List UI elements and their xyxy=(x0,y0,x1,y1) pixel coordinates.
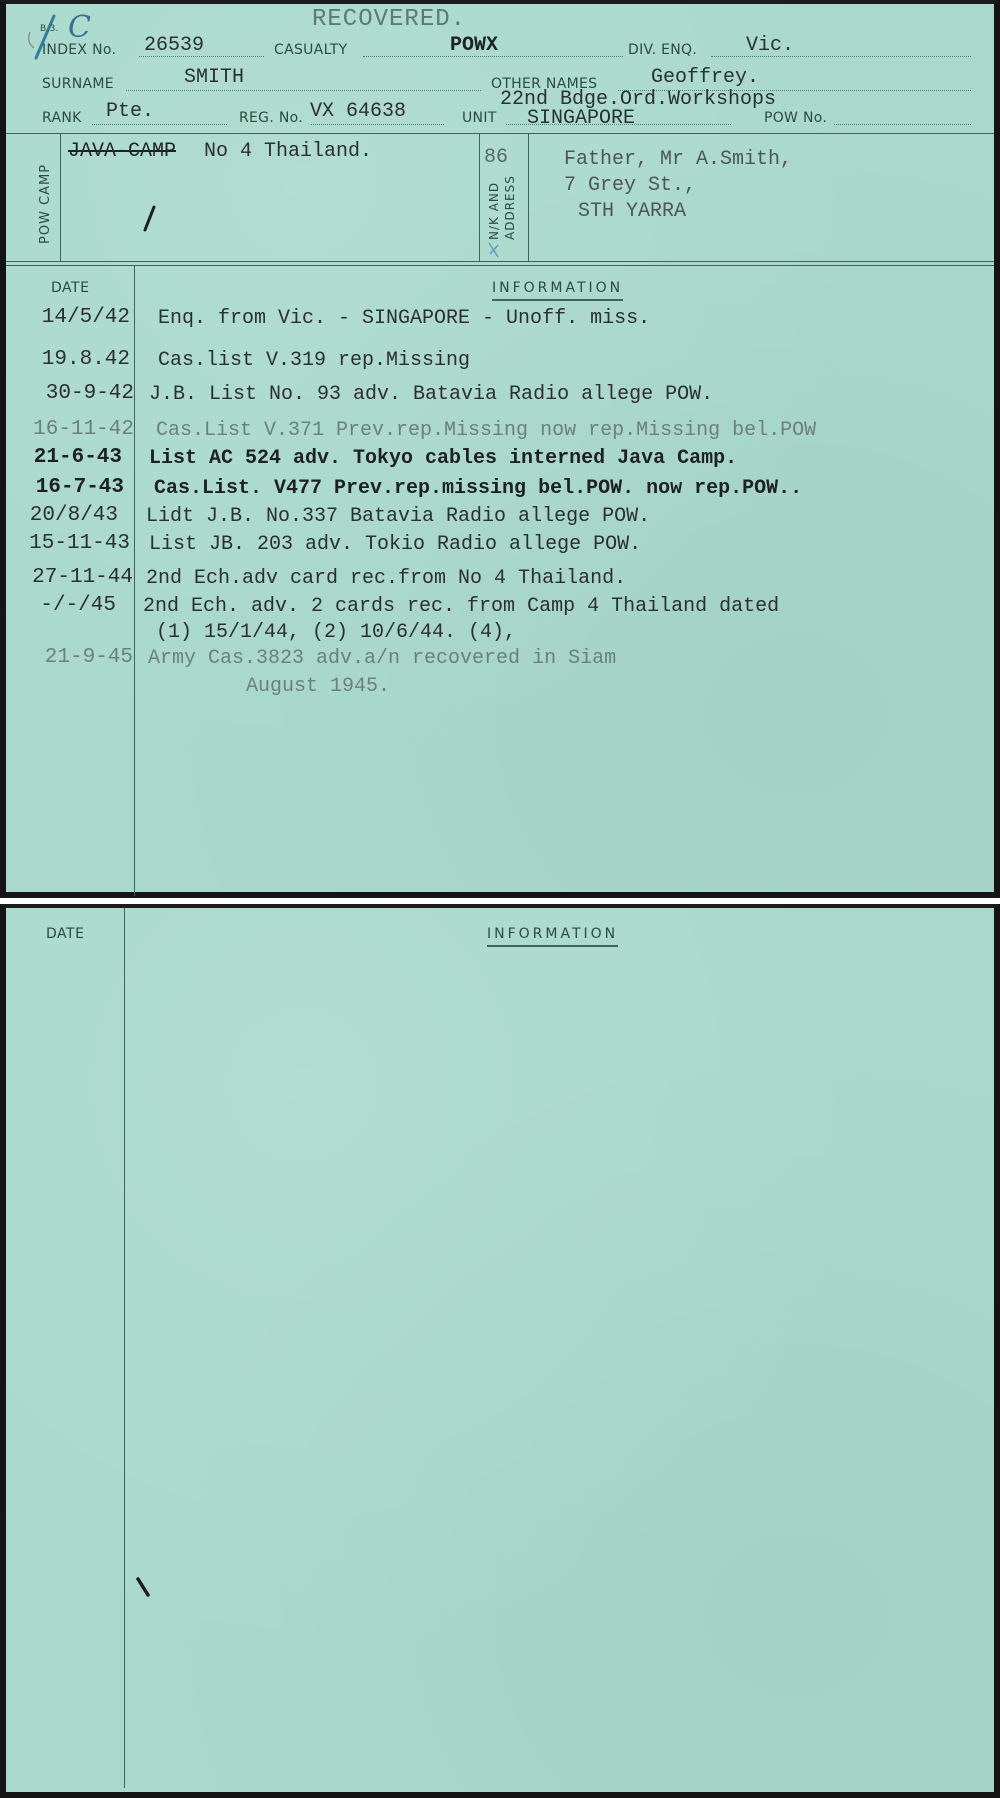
entry-date: 16-11-42 xyxy=(6,418,134,441)
entry-date: 14/5/42 xyxy=(6,306,130,329)
pen-cross-mark xyxy=(486,240,502,260)
index-no-label: INDEX No. xyxy=(42,42,116,58)
information-header: INFORMATION xyxy=(492,280,623,301)
pen-tick-mark xyxy=(134,1575,154,1603)
entry-date: -/-/45 xyxy=(6,594,116,617)
other-names-value: Geoffrey. xyxy=(651,66,759,89)
entry-information: Cas.List V.371 Prev.rep.Missing now rep.… xyxy=(156,419,816,442)
surname-label: SURNAME xyxy=(42,76,114,92)
div-enq-value: Vic. xyxy=(746,34,794,57)
entry-information: List JB. 203 adv. Tokio Radio allege POW… xyxy=(149,533,641,556)
date-header: DATE xyxy=(51,280,89,296)
entry-information: Enq. from Vic. - SINGAPORE - Unoff. miss… xyxy=(158,307,650,330)
entry-date: 16-7-43 xyxy=(6,476,124,499)
entry-date: 19.8.42 xyxy=(6,348,130,371)
rank-value: Pte. xyxy=(106,100,154,123)
back-information-header: INFORMATION xyxy=(487,926,618,947)
entry-information: List AC 524 adv. Tokyo cables interned J… xyxy=(149,447,737,470)
pow-no-label: POW No. xyxy=(764,110,827,126)
entry-information: Lidt J.B. No.337 Batavia Radio allege PO… xyxy=(146,505,650,528)
reg-no-label: REG. No. xyxy=(239,110,303,126)
nk-and-label: N/K AND xyxy=(487,182,501,240)
rank-label: RANK xyxy=(42,110,82,126)
pow-camp-struck-text: JAVA-CAMP xyxy=(68,140,176,163)
handwritten-c-mark: C xyxy=(68,10,91,45)
div-enq-label: DIV. ENQ. xyxy=(628,42,697,58)
entry-information: Army Cas.3823 adv.a/n recovered in Siam xyxy=(148,647,616,670)
form-code: B.3. xyxy=(40,24,59,34)
record-card-front: B.3. C RECOVERED. INDEX No. 26539 CASUAL… xyxy=(0,0,1000,898)
recovered-stamp: RECOVERED. xyxy=(312,6,466,33)
casualty-value: POWX xyxy=(450,34,498,57)
address-label: ADDRESS xyxy=(503,175,517,240)
entry-information: J.B. List No. 93 adv. Batavia Radio alle… xyxy=(149,383,713,406)
entry-date: 15-11-43 xyxy=(6,532,130,555)
pow-camp-label: POW CAMP xyxy=(38,164,53,244)
address-line: STH YARRA xyxy=(578,200,686,223)
entry-information: Cas.list V.319 rep.Missing xyxy=(158,349,470,372)
entry-information: 2nd Ech. adv. 2 cards rec. from Camp 4 T… xyxy=(143,595,779,618)
entry-information: 2nd Ech.adv card rec.from No 4 Thailand. xyxy=(146,567,626,590)
surname-value: SMITH xyxy=(184,66,244,89)
back-date-header: DATE xyxy=(46,926,84,942)
address-line: Father, Mr A.Smith, xyxy=(564,148,792,171)
entry-date: 21-6-43 xyxy=(6,446,122,469)
unit-line2-value: SINGAPORE xyxy=(527,107,635,130)
pow-camp-value: No 4 Thailand. xyxy=(204,140,372,163)
entry-date: 21-9-45 xyxy=(6,646,133,669)
casualty-label: CASUALTY xyxy=(274,42,347,58)
unit-label: UNIT xyxy=(462,110,497,126)
reg-no-value: VX 64638 xyxy=(310,100,406,123)
nk-number: 86 xyxy=(484,146,508,169)
pen-tick-mark xyxy=(140,204,160,234)
pow-camp-struck-value: JAVA-CAMP xyxy=(68,140,176,163)
record-card-back: DATE INFORMATION xyxy=(0,904,1000,1798)
entry-information: (1) 15/1/44, (2) 10/6/44. (4), xyxy=(156,621,516,644)
address-line: 7 Grey St., xyxy=(564,174,696,197)
entry-date: 20/8/43 xyxy=(6,504,118,527)
entry-information: August 1945. xyxy=(246,675,390,698)
entry-date: 27-11-44 xyxy=(6,566,133,589)
index-no-value: 26539 xyxy=(144,34,204,57)
entry-date: 30-9-42 xyxy=(6,382,134,405)
entry-information: Cas.List. V477 Prev.rep.missing bel.POW.… xyxy=(154,477,802,500)
